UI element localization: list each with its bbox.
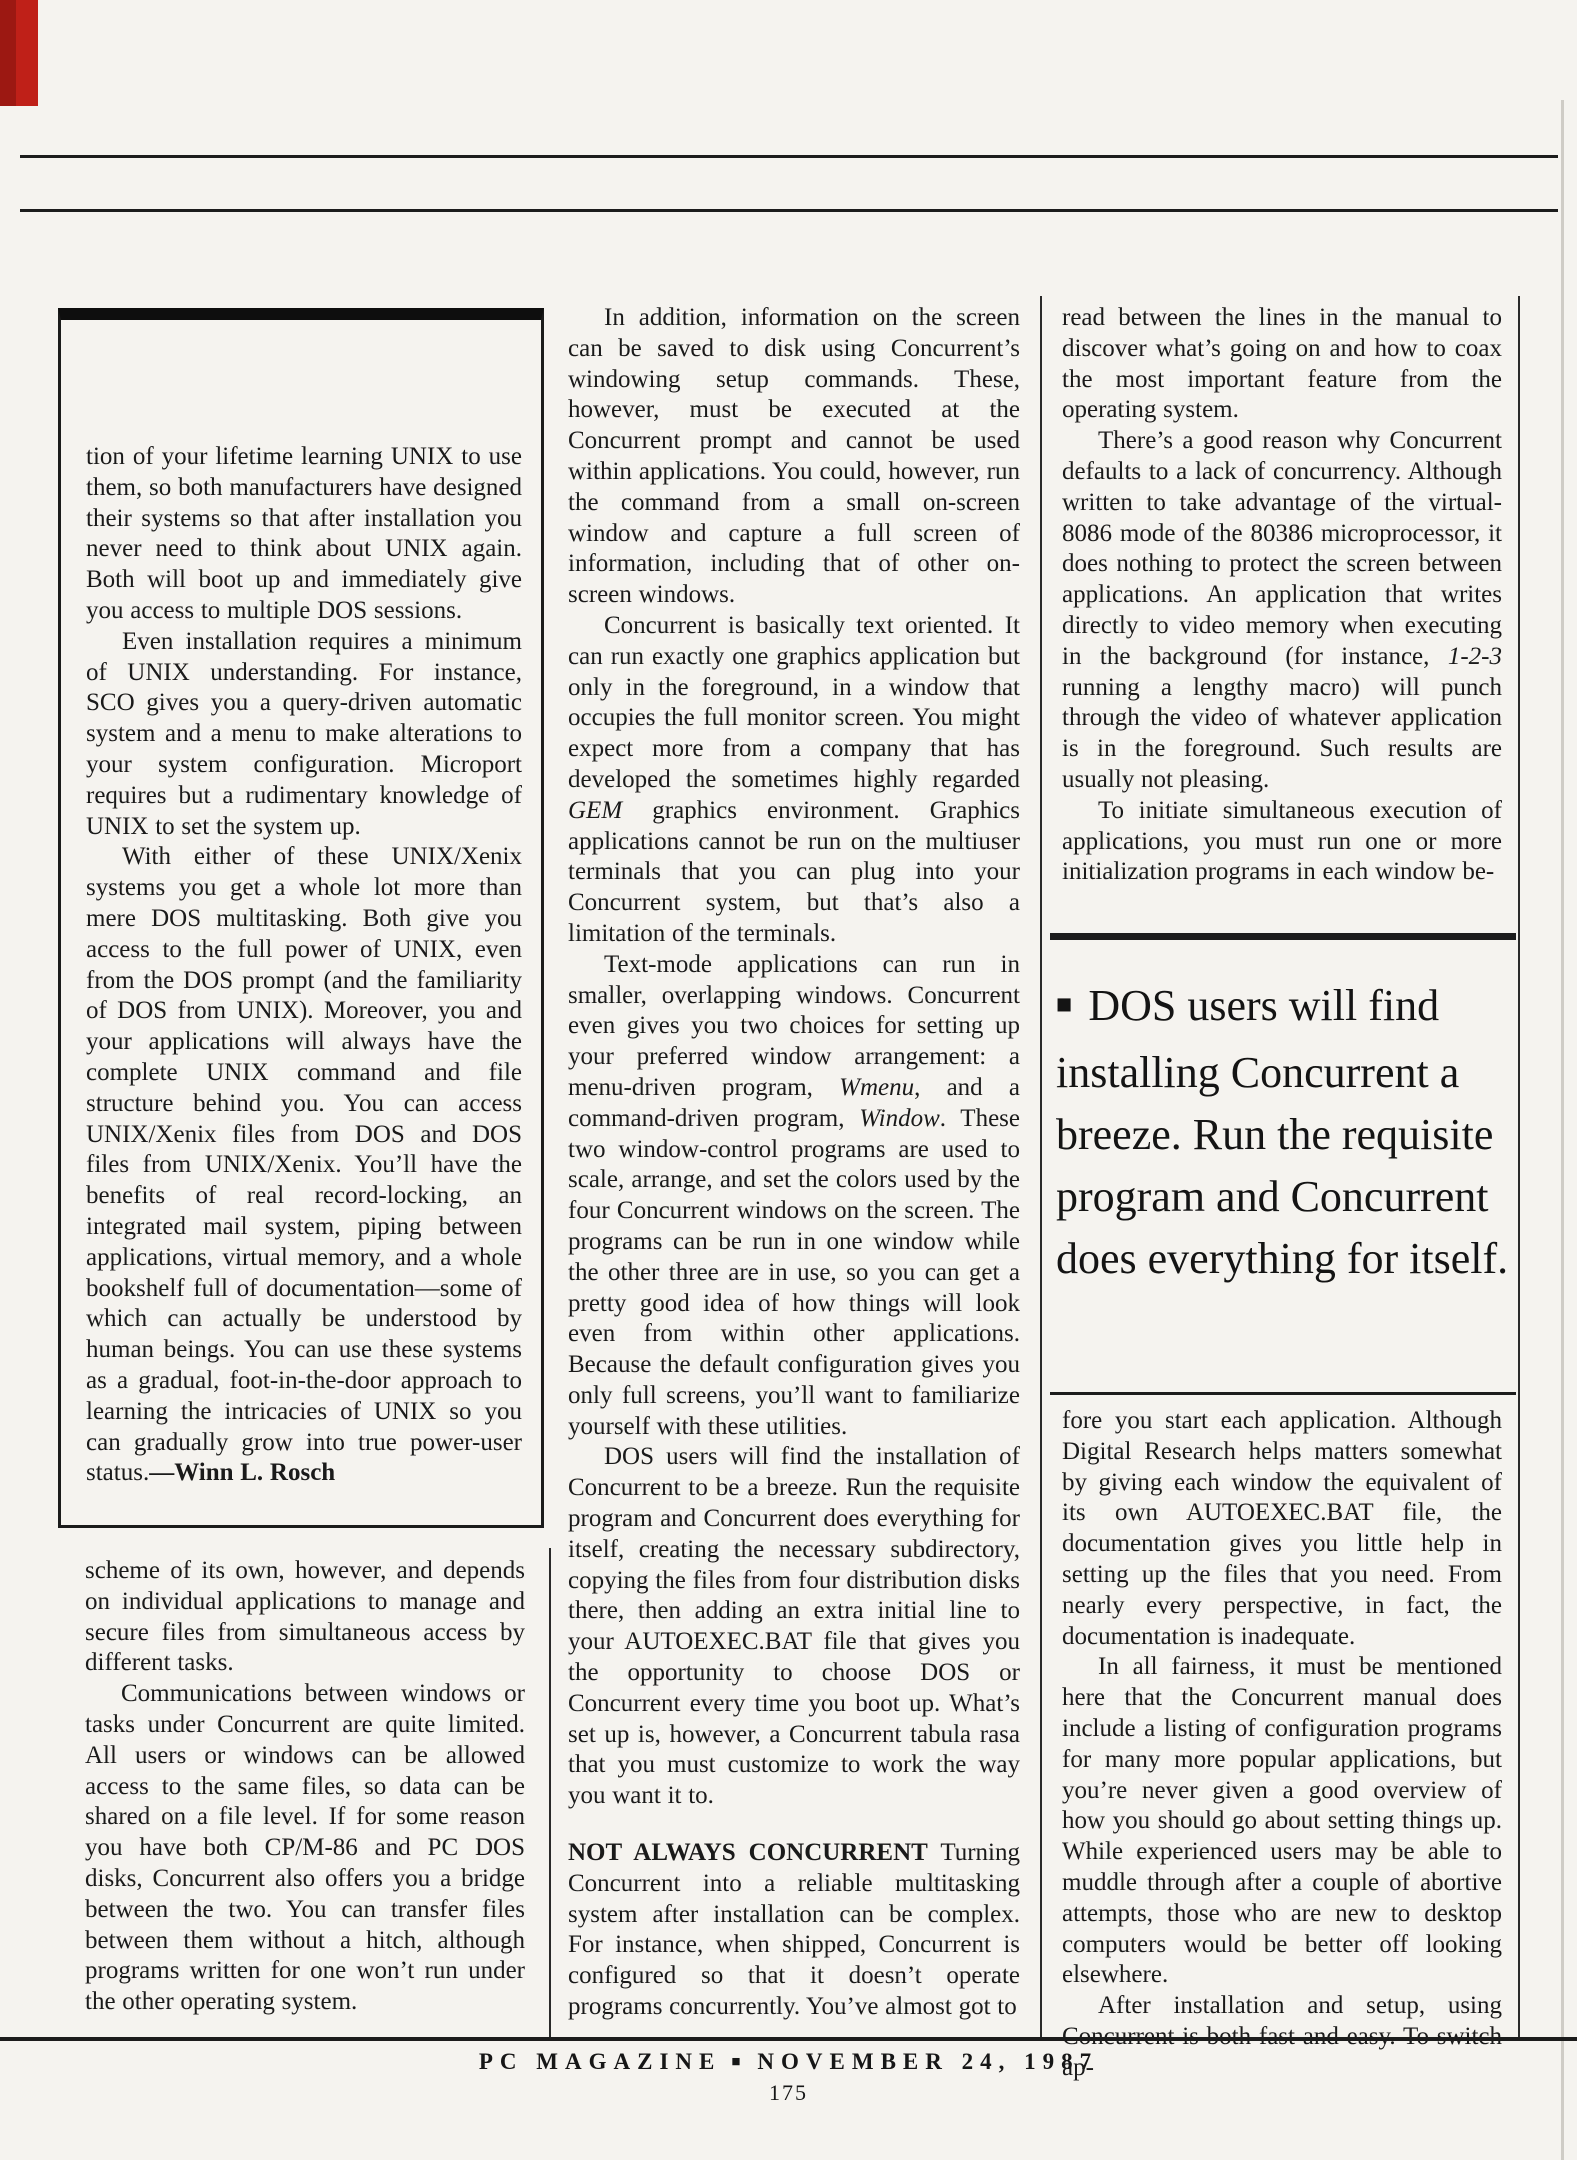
sidebar-box: tion of your lifetime learning UNIX to u… [58, 308, 544, 1528]
paragraph: DOS users will find the installation of … [568, 1442, 1020, 1812]
scan-artifact-red [0, 0, 38, 106]
column-rule-left-lower [549, 1548, 551, 2040]
paragraph: fore you start each application. Althoug… [1062, 1406, 1502, 1652]
body-text: graphics environment. Graphics applicati… [568, 797, 1020, 947]
paragraph: Text-mode applications can run in smalle… [568, 950, 1020, 1443]
paragraph: In all fairness, it must be mentioned he… [1062, 1652, 1502, 1991]
article-column-right-lower: fore you start each application. Althoug… [1062, 1406, 1502, 2084]
article-column-right-upper: read between the lines in the manual to … [1062, 303, 1502, 888]
paragraph: There’s a good reason why Concurrent def… [1062, 426, 1502, 796]
paragraph: With either of these UNIX/Xenix systems … [86, 842, 522, 1489]
body-text: DOS users will find the installation of … [568, 1443, 1020, 1809]
column-rule-right [1518, 296, 1520, 2040]
paragraph: NOT ALWAYS CONCURRENT Turning Concurrent… [568, 1838, 1020, 2023]
paragraph: scheme of its own, however, and depends … [85, 1556, 525, 1679]
bold-text: NOT ALWAYS CONCURRENT [568, 1839, 928, 1866]
body-text: . These two window-control programs are … [568, 1105, 1020, 1440]
paragraph: Even installation requires a minimum of … [86, 627, 522, 843]
page-number: 175 [0, 2080, 1577, 2106]
square-bullet-icon: ■ [1056, 989, 1072, 1019]
paragraph: In addition, information on the screen c… [568, 303, 1020, 611]
pull-quote-text: DOS users will find installing Concurren… [1056, 981, 1508, 1283]
pull-quote: ■DOS users will find installing Concurre… [1056, 975, 1518, 1290]
body-text: Communications between windows or tasks … [85, 1680, 525, 2015]
footer-rule [0, 2037, 1577, 2041]
paragraph: To initiate simultaneous execution of ap… [1062, 796, 1502, 888]
scan-artifact-red-shade [0, 0, 16, 106]
body-text: scheme of its own, however, and depends … [85, 1557, 525, 1676]
top-rule-2 [20, 209, 1558, 212]
body-text: To initiate simultaneous execution of ap… [1062, 797, 1502, 886]
paragraph: read between the lines in the manual to … [1062, 303, 1502, 426]
magazine-page: tion of your lifetime learning UNIX to u… [0, 0, 1577, 2160]
paragraph: tion of your lifetime learning UNIX to u… [86, 442, 522, 627]
column-rule-middle [1040, 296, 1042, 2040]
paragraph: Concurrent is basically text oriented. I… [568, 611, 1020, 950]
footer-magazine-name: PC MAGAZINE [479, 2049, 721, 2074]
body-text: tion of your lifetime learning UNIX to u… [86, 443, 522, 624]
italic-text: Window [859, 1105, 940, 1132]
body-text: In addition, information on the screen c… [568, 304, 1020, 608]
body-text: There’s a good reason why Concurrent def… [1062, 427, 1502, 670]
body-text: In all fairness, it must be mentioned he… [1062, 1653, 1502, 1988]
top-rule-1 [20, 155, 1558, 158]
paragraph: Communications between windows or tasks … [85, 1679, 525, 2018]
scan-artifact-edge [1561, 100, 1564, 2160]
footer: PC MAGAZINE■NOVEMBER 24, 1987 [0, 2049, 1577, 2075]
pull-quote-rule-top [1050, 933, 1516, 940]
body-text: Turning Concurrent into a reliable multi… [568, 1839, 1020, 2020]
italic-text: GEM [568, 797, 622, 824]
bold-text: —Winn L. Rosch [149, 1459, 335, 1486]
pull-quote-rule-bottom [1050, 1392, 1516, 1395]
body-text: Even installation requires a minimum of … [86, 628, 522, 840]
footer-date: NOVEMBER 24, 1987 [757, 2049, 1098, 2074]
body-text: running a lengthy macro) will punch thro… [1062, 674, 1502, 793]
body-text: fore you start each application. Althoug… [1062, 1407, 1502, 1650]
footer-bullet-icon: ■ [721, 2054, 757, 2070]
article-column-middle: In addition, information on the screen c… [568, 303, 1020, 2023]
body-text: With either of these UNIX/Xenix systems … [86, 843, 522, 1486]
body-text: Concurrent is basically text oriented. I… [568, 612, 1020, 793]
body-text: read between the lines in the manual to … [1062, 304, 1502, 423]
italic-text: 1-2-3 [1448, 643, 1502, 670]
italic-text: Wmenu [839, 1074, 914, 1101]
article-column-left-lower: scheme of its own, however, and depends … [85, 1556, 525, 2018]
